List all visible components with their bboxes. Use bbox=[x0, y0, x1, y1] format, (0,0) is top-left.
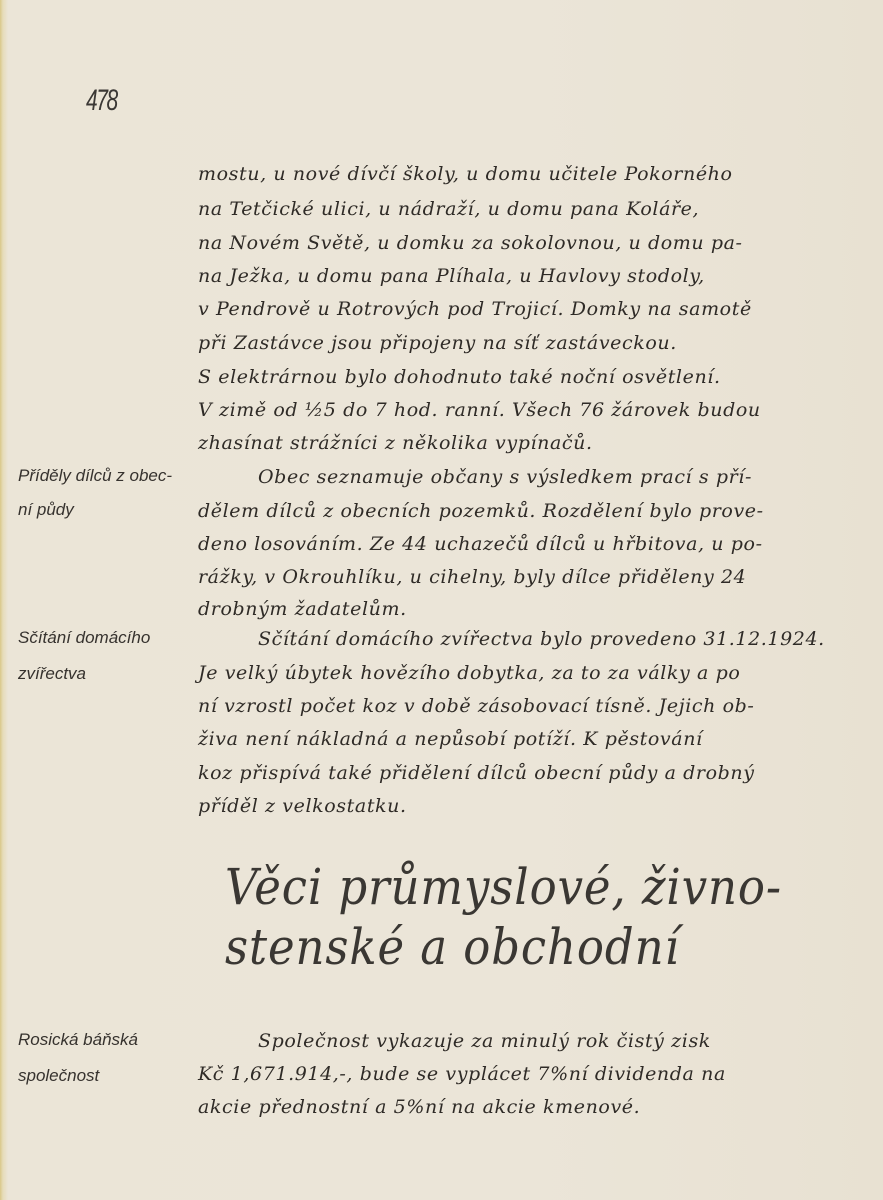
text-line: mostu, u nové dívčí školy, u domu učitel… bbox=[198, 163, 858, 185]
text-line: na Novém Světě, u domku za sokolovnou, u… bbox=[198, 232, 858, 254]
text-line: V zimě od ½5 do 7 hod. ranní. Všech 76 ž… bbox=[198, 399, 858, 421]
text-line: Je velký úbytek hovězího dobytka, za to … bbox=[198, 662, 858, 684]
text-line: na Ježka, u domu pana Plíhala, u Havlovy… bbox=[198, 265, 858, 287]
text-line: rážky, v Okrouhlíku, u cihelny, byly díl… bbox=[198, 566, 858, 588]
text-line: živa není nákladná a nepůsobí potíží. K … bbox=[198, 728, 858, 750]
margin-note: ní půdy bbox=[18, 500, 74, 520]
text-line: zhasínat strážníci z několika vypínačů. bbox=[198, 432, 858, 454]
margin-note: Rosická báňská bbox=[18, 1030, 138, 1050]
text-line: akcie přednostní a 5%ní na akcie kmenové… bbox=[198, 1096, 858, 1118]
text-line: Sčítání domácího zvířectva bylo proveden… bbox=[198, 628, 883, 650]
text-line: Společnost vykazuje za minulý rok čistý … bbox=[198, 1030, 883, 1052]
page-number: 478 bbox=[86, 84, 117, 118]
text-line: dělem dílců z obecních pozemků. Rozdělen… bbox=[198, 500, 858, 522]
margin-note: Sčítání domácího bbox=[18, 628, 150, 648]
heading-line: stenské a obchodní bbox=[225, 918, 680, 976]
margin-note: Příděly dílců z obec- bbox=[18, 466, 172, 486]
margin-note: společnost bbox=[18, 1066, 99, 1086]
text-line: S elektrárnou bylo dohodnuto také noční … bbox=[198, 366, 858, 388]
text-line: Kč 1,671.914,-, bude se vyplácet 7%ní di… bbox=[198, 1063, 858, 1085]
text-line: v Pendrově u Rotrových pod Trojicí. Domk… bbox=[198, 298, 858, 320]
text-line: ní vzrostl počet koz v době zásobovací t… bbox=[198, 695, 858, 717]
text-line: drobným žadatelům. bbox=[198, 598, 858, 620]
margin-note: zvířectva bbox=[18, 664, 86, 684]
text-line: při Zastávce jsou připojeny na síť zastá… bbox=[198, 332, 858, 354]
text-line: koz přispívá také přidělení dílců obecní… bbox=[198, 762, 858, 784]
text-line: příděl z velkostatku. bbox=[198, 795, 858, 817]
text-line: na Tetčické ulici, u nádraží, u domu pan… bbox=[198, 198, 858, 220]
text-line: deno losováním. Ze 44 uchazečů dílců u h… bbox=[198, 533, 858, 555]
text-line: Obec seznamuje občany s výsledkem prací … bbox=[198, 466, 883, 488]
manuscript-page: 478 mostu, u nové dívčí školy, u domu uč… bbox=[0, 0, 883, 1200]
heading-line: Věci průmyslové, živno- bbox=[225, 858, 782, 916]
